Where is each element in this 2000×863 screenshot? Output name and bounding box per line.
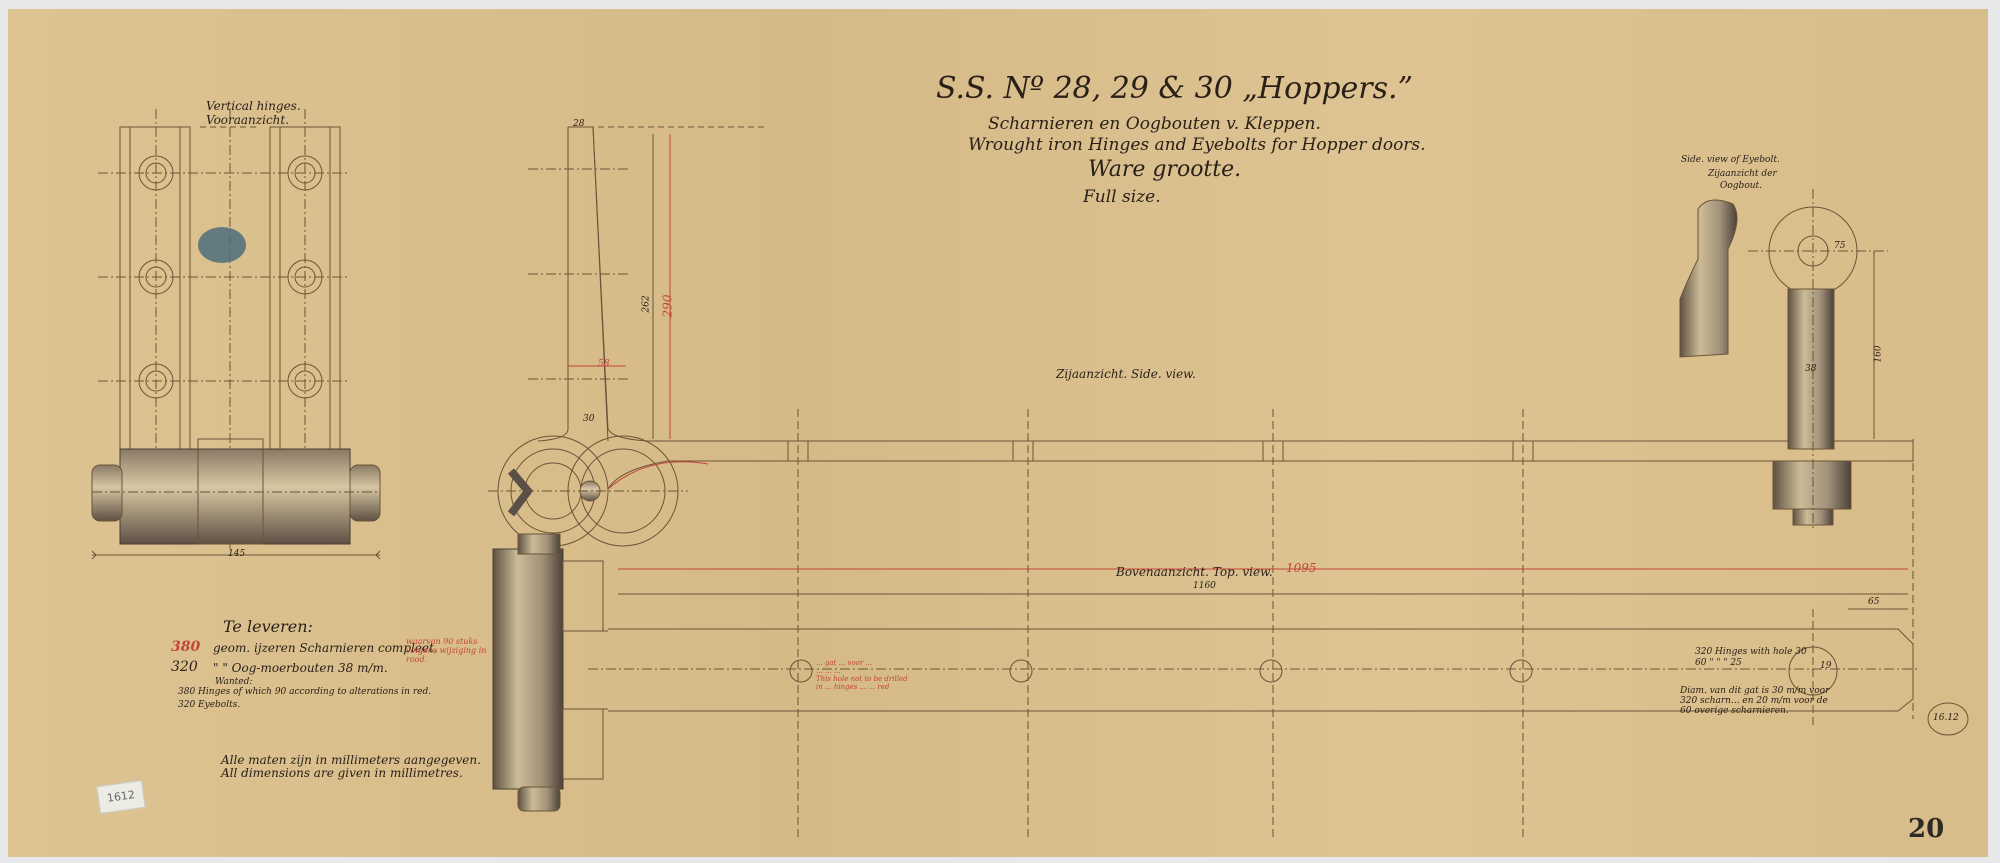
front-view xyxy=(92,63,380,559)
red-note-2: ... ... ... xyxy=(816,667,840,675)
front-view-label-en: Vertical hinges. xyxy=(206,99,301,113)
nl-note-2: 320 scharn... en 20 m/m voor de xyxy=(1680,696,1828,706)
deliver-qty-2: 320 xyxy=(171,659,198,675)
deliver-qty-1: 380 xyxy=(171,639,200,655)
side-dim-top: 28 xyxy=(573,119,584,129)
nl-note-3: 60 overige scharnieren. xyxy=(1680,706,1789,716)
wanted-label: Wanted: xyxy=(215,677,252,687)
sheet-number: 20 xyxy=(1908,814,1944,844)
footnote-dutch: Alle maten zijn in millimeters aangegeve… xyxy=(221,753,481,767)
eyebolt-dim-length: 160 xyxy=(1874,345,1884,362)
red-note-1: ... gat ... voor ... xyxy=(816,659,872,667)
hole-note-2: 60 " " " 25 xyxy=(1695,658,1742,668)
front-view-label-nl: Vooraanzicht. xyxy=(206,113,289,127)
top-view-label: Bovenaanzicht. Top. view. xyxy=(1116,565,1273,579)
top-dim-red: 1095 xyxy=(1286,561,1317,575)
subtitle-dutch: Scharnieren en Oogbouten v. Kleppen. xyxy=(988,114,1321,134)
stamp-circle-number: 16.12 xyxy=(1933,713,1959,723)
scale-english: Full size. xyxy=(1083,187,1161,207)
front-view-width: 145 xyxy=(228,549,245,559)
deliver-heading: Te leveren: xyxy=(223,617,313,636)
eyebolt-label-en: Side. view of Eyebolt. xyxy=(1681,155,1780,165)
hole-note-1: 320 Hinges with hole 30 xyxy=(1695,647,1807,657)
red-note-4: in ... hinges ... ... red xyxy=(816,683,889,691)
wanted-row-2: 320 Eyebolts. xyxy=(178,700,240,710)
side-dim-red-mid: 58 xyxy=(598,359,609,369)
hole-diameter: 19 xyxy=(1820,661,1831,671)
nl-note-1: Diam. van dit gat is 30 m/m voor xyxy=(1680,686,1829,696)
side-view-label: Zijaanzicht. Side. view. xyxy=(1056,367,1196,381)
wanted-row-1: 380 Hinges of which 90 according to alte… xyxy=(178,687,431,697)
title-main: S.S. Nº 28, 29 & 30 „Hoppers.” xyxy=(936,71,1413,106)
deliver-red-1: waarvan 90 stuks volgens wijziging in ro… xyxy=(406,637,496,664)
side-dim-neck: 30 xyxy=(583,414,594,424)
eyebolt-view xyxy=(1680,189,1888,529)
red-note-3: This hole not to be drilled xyxy=(816,675,908,683)
drawing-sheet: S.S. Nº 28, 29 & 30 „Hoppers.” Scharnier… xyxy=(8,9,1988,857)
eyebolt-label-nl: Zijaanzicht der xyxy=(1708,169,1777,179)
top-dim-end: 65 xyxy=(1868,597,1879,607)
deliver-text-1: geom. ijzeren Scharnieren compleet, xyxy=(213,641,438,655)
footnote-english: All dimensions are given in millimetres. xyxy=(221,766,463,780)
top-dim-black: 1160 xyxy=(1193,581,1216,591)
side-dim-red: 290 xyxy=(660,295,674,318)
eyebolt-label-nl2: Oogbout. xyxy=(1720,181,1762,191)
side-dim-black: 262 xyxy=(642,295,652,312)
deliver-text-2: " " Oog-moerbouten 38 m/m. xyxy=(213,661,388,675)
scale-dutch: Ware grootte. xyxy=(1088,157,1241,182)
subtitle-english: Wrought iron Hinges and Eyebolts for Hop… xyxy=(968,135,1426,155)
eyebolt-dim-eye: 75 xyxy=(1834,241,1845,251)
eyebolt-dim-shank: 38 xyxy=(1805,364,1816,374)
